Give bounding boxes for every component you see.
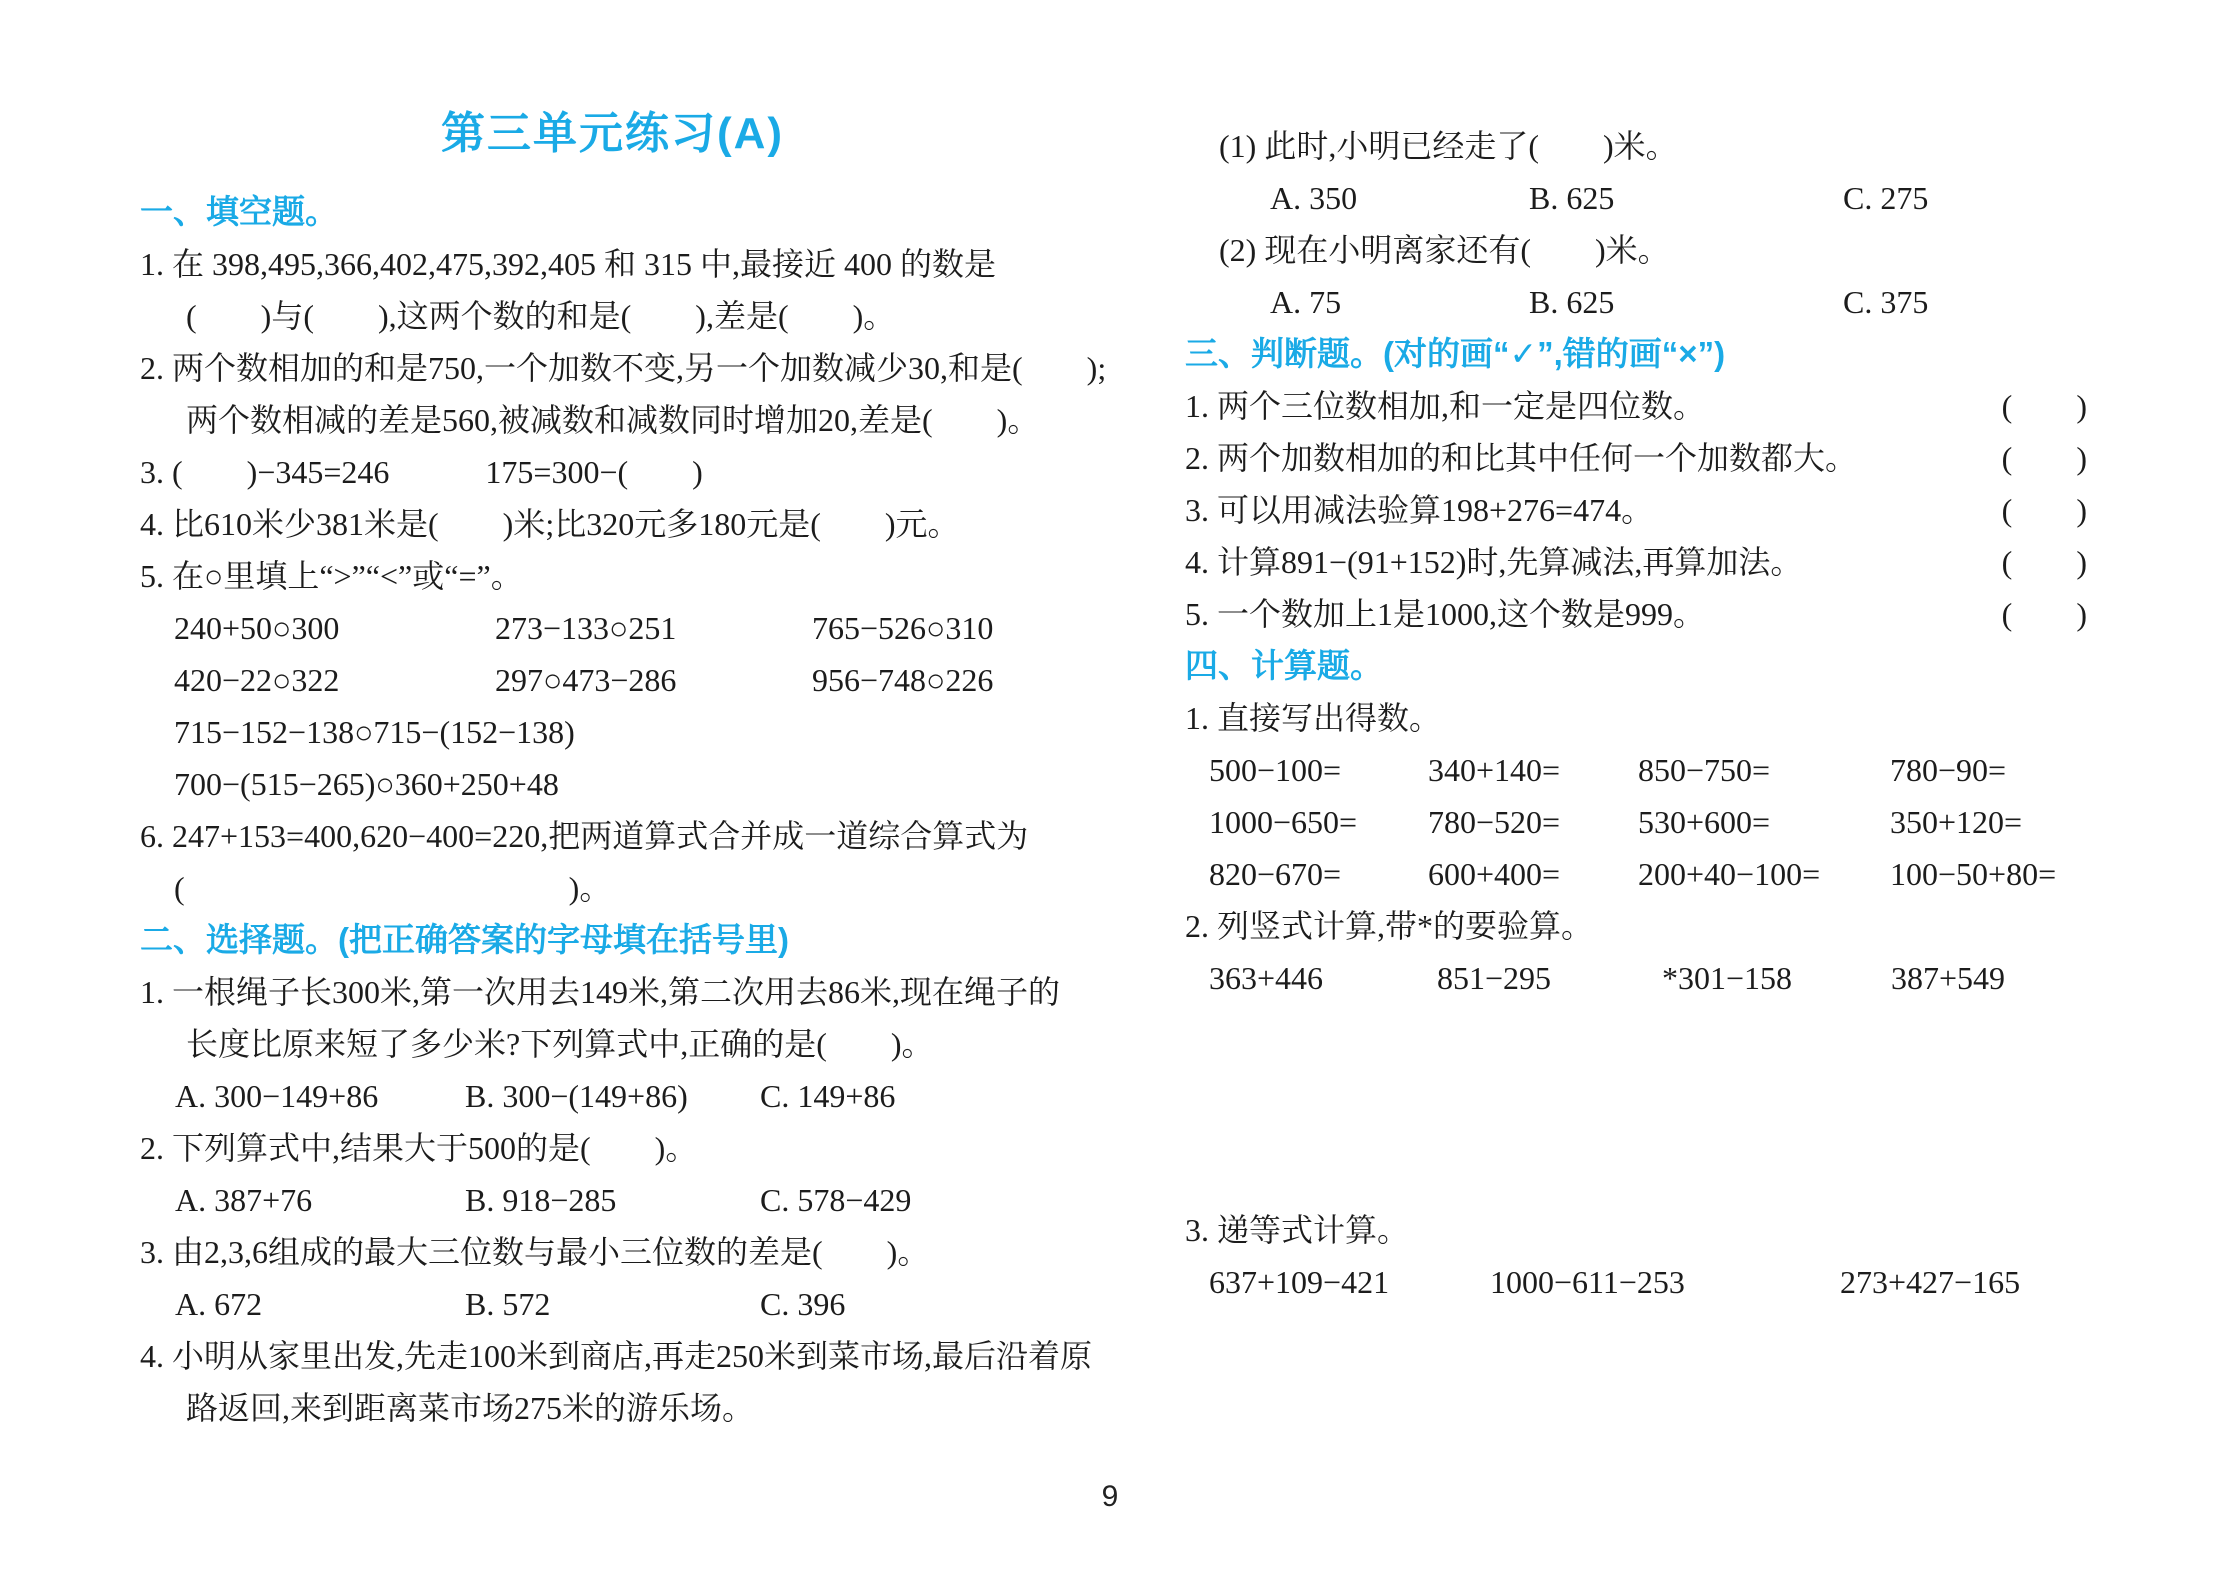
section-choice-heading: 二、选择题。(把正确答案的字母填在括号里) [140,914,1085,966]
oral-item: 820−670= [1209,848,1428,900]
compare-item: 765−526○310 [812,602,1085,654]
left-column: 第三单元练习(A) 一、填空题。 1. 在 398,495,366,402,47… [140,104,1085,1434]
fill-q3: 3. ( )−345=246 175=300−( ) [140,446,1085,498]
option-b: B. 300−(149+86) [465,1070,760,1122]
option-b: B. 625 [1529,172,1843,224]
option-c: C. 578−429 [760,1174,1085,1226]
calc-q3-label: 3. 递等式计算。 [1185,1204,2115,1256]
oral-item: 500−100= [1209,744,1428,796]
choice-q4-sub1-options: A. 350 B. 625 C. 275 [1185,172,2115,224]
option-b: B. 918−285 [465,1174,760,1226]
oral-item: 530+600= [1638,796,1890,848]
answer-paren: ( ) [2002,432,2087,484]
answer-paren: ( ) [2002,536,2087,588]
oral-item: 780−90= [1890,744,2115,796]
right-column: (1) 此时,小明已经走了( )米。 A. 350 B. 625 C. 275 … [1185,120,2115,1308]
vertical-item: 851−295 [1437,952,1662,1004]
fill-q6-blank: ( )。 [140,862,1085,914]
stepwise-item: 273+427−165 [1840,1256,2115,1308]
choice-q1-line1: 1. 一根绳子长300米,第一次用去149米,第二次用去86米,现在绳子的 [140,966,1085,1018]
stepwise-item: 1000−611−253 [1490,1256,1840,1308]
page-title: 第三单元练习(A) [140,104,1085,164]
page-number: 9 [0,1480,2220,1514]
compare-item: 956−748○226 [812,654,1085,706]
oral-row-3: 820−670= 600+400= 200+40−100= 100−50+80= [1185,848,2115,900]
fill-q1-line1: 1. 在 398,495,366,402,475,392,405 和 315 中… [140,238,1085,290]
compare-item: 273−133○251 [495,602,812,654]
choice-q2: 2. 下列算式中,结果大于500的是( )。 [140,1122,1085,1174]
section-fill-heading: 一、填空题。 [140,186,1085,238]
choice-q3-options: A. 672 B. 572 C. 396 [140,1278,1085,1330]
option-c: C. 375 [1843,276,2115,328]
fill-q4: 4. 比610米少381米是( )米;比320元多180元是( )元。 [140,498,1085,550]
oral-item: 1000−650= [1209,796,1428,848]
answer-paren: ( ) [2002,588,2087,640]
oral-item: 850−750= [1638,744,1890,796]
compare-item: 420−22○322 [174,654,495,706]
judge-q2: 2. 两个加数相加的和比其中任何一个加数都大。 ( ) [1185,432,2115,484]
answer-paren: ( ) [2002,484,2087,536]
choice-q1-options: A. 300−149+86 B. 300−(149+86) C. 149+86 [140,1070,1085,1122]
vertical-calc-row: 363+446 851−295 *301−158 387+549 [1185,952,2115,1004]
judge-text: 4. 计算891−(91+152)时,先算减法,再算加法。 [1185,536,1802,588]
option-a: A. 387+76 [175,1174,465,1226]
vertical-item: 387+549 [1891,952,2115,1004]
judge-q4: 4. 计算891−(91+152)时,先算减法,再算加法。 ( ) [1185,536,2115,588]
fill-q2-line2: 两个数相减的差是560,被减数和减数同时增加20,差是( )。 [140,394,1085,446]
oral-item: 200+40−100= [1638,848,1890,900]
section-judge-heading: 三、判断题。(对的画“✓”,错的画“×”) [1185,328,2115,380]
fill-q6-line1: 6. 247+153=400,620−400=220,把两道算式合并成一道综合算… [140,810,1085,862]
option-b: B. 625 [1529,276,1843,328]
vertical-item: *301−158 [1662,952,1891,1004]
choice-q4-sub2: (2) 现在小明离家还有( )米。 [1185,224,2115,276]
judge-text: 1. 两个三位数相加,和一定是四位数。 [1185,380,1705,432]
fill-q5: 5. 在○里填上“>”“<”或“=”。 [140,550,1085,602]
judge-q5: 5. 一个数加上1是1000,这个数是999。 ( ) [1185,588,2115,640]
option-c: C. 275 [1843,172,2115,224]
judge-text: 3. 可以用减法验算198+276=474。 [1185,484,1653,536]
oral-item: 340+140= [1428,744,1638,796]
judge-text: 2. 两个加数相加的和比其中任何一个加数都大。 [1185,432,1857,484]
oral-item: 780−520= [1428,796,1638,848]
stepwise-calc-row: 637+109−421 1000−611−253 273+427−165 [1185,1256,2115,1308]
vertical-item: 363+446 [1209,952,1437,1004]
choice-q1-line2: 长度比原来短了多少米?下列算式中,正确的是( )。 [140,1018,1085,1070]
option-a: A. 350 [1270,172,1529,224]
oral-row-2: 1000−650= 780−520= 530+600= 350+120= [1185,796,2115,848]
choice-q4-line2: 路返回,来到距离菜市场275米的游乐场。 [140,1382,1085,1434]
judge-text: 5. 一个数加上1是1000,这个数是999。 [1185,588,1705,640]
compare-row-1: 240+50○300 273−133○251 765−526○310 [140,602,1085,654]
compare-row-3: 715−152−138○715−(152−138) [140,706,1085,758]
stepwise-item: 637+109−421 [1209,1256,1490,1308]
option-a: A. 75 [1270,276,1529,328]
choice-q4-sub1: (1) 此时,小明已经走了( )米。 [1185,120,2115,172]
choice-q4-sub2-options: A. 75 B. 625 C. 375 [1185,276,2115,328]
worksheet-page: 第三单元练习(A) 一、填空题。 1. 在 398,495,366,402,47… [0,0,2220,1571]
compare-item: 240+50○300 [174,602,495,654]
fill-q2-line1: 2. 两个数相加的和是750,一个加数不变,另一个加数减少30,和是( ); [140,342,1085,394]
option-a: A. 300−149+86 [175,1070,465,1122]
judge-q1: 1. 两个三位数相加,和一定是四位数。 ( ) [1185,380,2115,432]
option-c: C. 149+86 [760,1070,1085,1122]
section-calc-heading: 四、计算题。 [1185,640,2115,692]
judge-q3: 3. 可以用减法验算198+276=474。 ( ) [1185,484,2115,536]
option-c: C. 396 [760,1278,1085,1330]
choice-q4-line1: 4. 小明从家里出发,先走100米到商店,再走250米到菜市场,最后沿着原 [140,1330,1085,1382]
oral-item: 600+400= [1428,848,1638,900]
calc-q2-label: 2. 列竖式计算,带*的要验算。 [1185,900,2115,952]
option-b: B. 572 [465,1278,760,1330]
option-a: A. 672 [175,1278,465,1330]
choice-q3: 3. 由2,3,6组成的最大三位数与最小三位数的差是( )。 [140,1226,1085,1278]
oral-item: 100−50+80= [1890,848,2115,900]
oral-item: 350+120= [1890,796,2115,848]
answer-paren: ( ) [2002,380,2087,432]
compare-row-4: 700−(515−265)○360+250+48 [140,758,1085,810]
calc-q1-label: 1. 直接写出得数。 [1185,692,2115,744]
compare-row-2: 420−22○322 297○473−286 956−748○226 [140,654,1085,706]
choice-q2-options: A. 387+76 B. 918−285 C. 578−429 [140,1174,1085,1226]
compare-item: 297○473−286 [495,654,812,706]
oral-row-1: 500−100= 340+140= 850−750= 780−90= [1185,744,2115,796]
fill-q1-line2: ( )与( ),这两个数的和是( ),差是( )。 [140,290,1085,342]
